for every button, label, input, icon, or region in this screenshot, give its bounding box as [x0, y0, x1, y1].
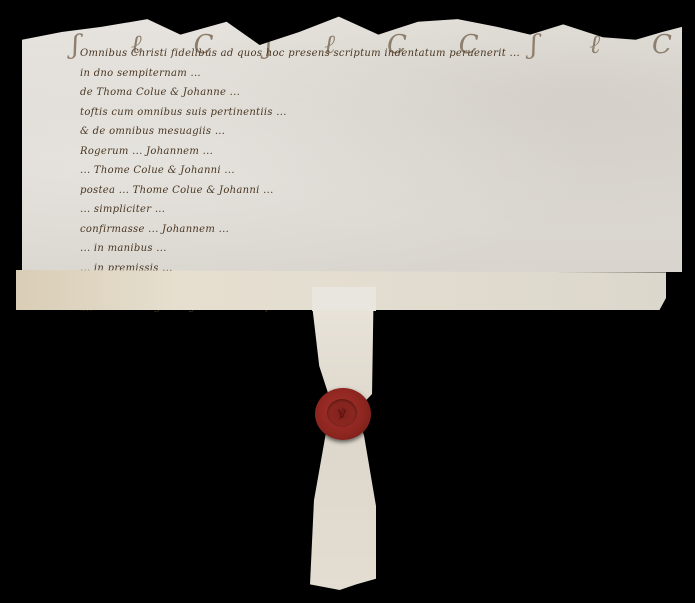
text-line: Rogerum ... Johannem ...: [80, 142, 675, 162]
text-line: postea ... Thome Colue & Johanni ...: [80, 181, 675, 201]
text-line: Omnibus Christi fidelibus ad quos hoc pr…: [80, 44, 675, 64]
text-line: in dno sempiternam ...: [80, 64, 675, 84]
text-line: toftis cum omnibus suis pertinentiis ...: [80, 103, 675, 123]
seal-tag: [310, 310, 376, 590]
text-line: de Thoma Colue & Johanne ...: [80, 83, 675, 103]
text-line: ... simpliciter ...: [80, 200, 675, 220]
text-line: confirmasse ... Johannem ...: [80, 220, 675, 240]
manuscript-photo: ʃ ℓ C ʃ ℓ C C ʃ ℓ C Omnibus Christi fide…: [0, 0, 695, 603]
text-line: & de omnibus mesuagiis ...: [80, 122, 675, 142]
seal-tag-slot: [312, 287, 376, 311]
seal-impression-icon: ꝟ: [327, 399, 357, 427]
chirograph-letter: ʃ: [72, 30, 79, 60]
text-line: ... Thome Colue & Johanni ...: [80, 161, 675, 181]
text-line: ... in manibus ...: [80, 239, 675, 259]
wax-seal: ꝟ: [315, 388, 371, 440]
